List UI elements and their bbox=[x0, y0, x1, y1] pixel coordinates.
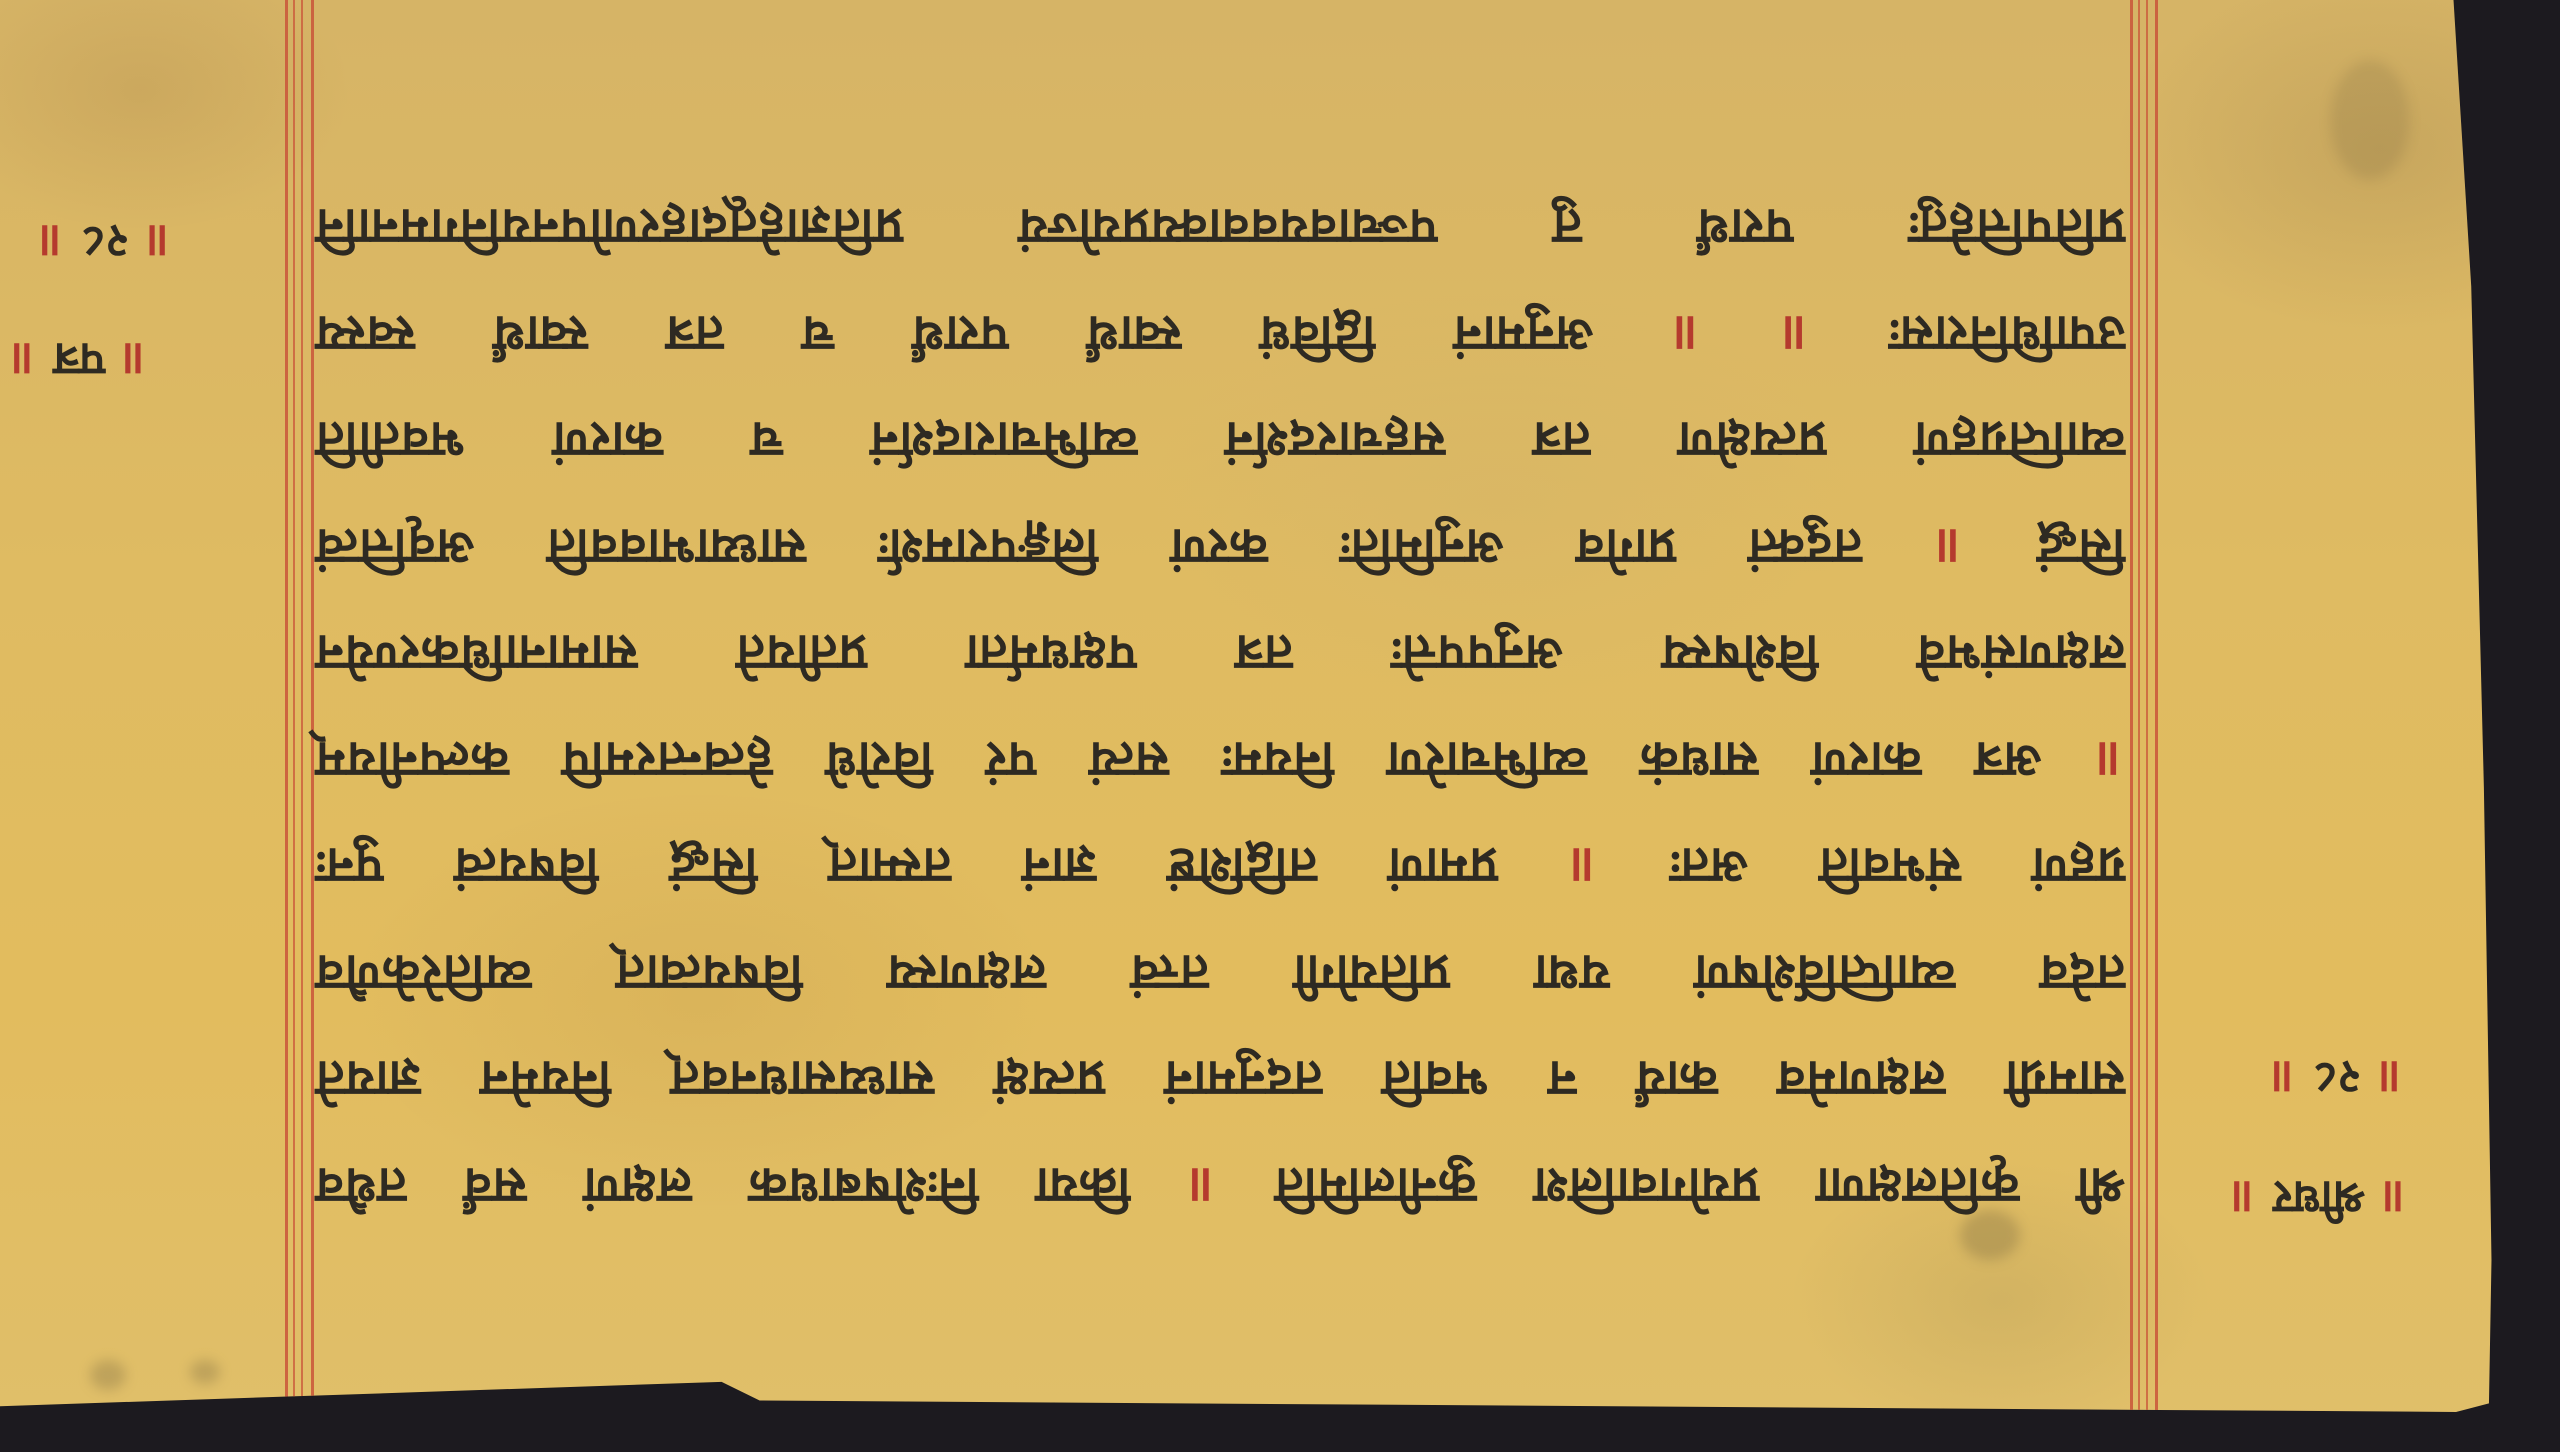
folio-number-text: ॥ २८ ॥ bbox=[38, 215, 173, 269]
text-line: ग्रहणं संभवति अतः ॥ प्रमाणं तद्विशिष्टं … bbox=[315, 834, 2125, 941]
text-line: लक्षणसंभवे विशेषस्य अनुपपत्तेः तत्र पक्ष… bbox=[315, 621, 2125, 728]
folio-label-text: ॥ श्रीधर ॥ bbox=[2230, 1171, 2409, 1225]
left-folio-label: ॥ पत्र ॥ bbox=[10, 330, 149, 392]
text-line-content: श्री कृतिलक्षणा प्रयोगवालिश कुनीलमिति ॥ … bbox=[315, 1154, 2125, 1222]
text-line: व्याप्तिग्रहणं प्रत्यक्षेण तत्र सहचारदर्… bbox=[315, 408, 2125, 515]
rubric-danda: ॥ bbox=[1671, 305, 1702, 363]
text-line: श्री कृतिलक्षणा प्रयोगवालिश कुनीलमिति ॥ … bbox=[315, 1154, 2125, 1261]
rubric-danda: ॥ bbox=[2230, 1171, 2258, 1225]
left-margin-rule bbox=[285, 0, 288, 1432]
text-line-content: ग्रहणं संभवति अतः ॥ प्रमाणं तद्विशिष्टं … bbox=[315, 834, 2125, 902]
text-line: ॥ अत्र कारणं साधकं व्यभिचारेण नियमः सत्य… bbox=[315, 728, 2125, 835]
left-margin-rule bbox=[311, 0, 314, 1432]
text-line-content: सिद्धं ॥ तदुक्तं प्रागेव अनुमितिः करणं ल… bbox=[315, 515, 2125, 583]
paper-stain bbox=[190, 1360, 220, 1384]
folio-label-text: ॥ पत्र ॥ bbox=[10, 333, 149, 387]
text-line: प्रतिपत्तिहेतुः परार्थं तु पञ्चावयववाक्य… bbox=[315, 195, 2125, 302]
text-line-content: सामग्री लक्षणमेव कार्यं न भवति तदनुमानं … bbox=[315, 1047, 2125, 1115]
text-line: उपाधिनिरासः ॥ ॥ अनुमानं द्विविधं स्वार्थ… bbox=[315, 302, 2125, 409]
text-line-content: लक्षणसंभवे विशेषस्य अनुपपत्तेः तत्र पक्ष… bbox=[315, 621, 2125, 689]
text-line: सामग्री लक्षणमेव कार्यं न भवति तदनुमानं … bbox=[315, 1047, 2125, 1154]
rubric-danda: ॥ bbox=[2377, 1051, 2405, 1105]
left-folio-number: ॥ २८ ॥ bbox=[38, 212, 173, 274]
rubric-danda: ॥ bbox=[1934, 518, 1965, 576]
right-folio-number: ॥ २८ ॥ bbox=[2270, 1048, 2405, 1110]
manuscript-leaf: ॥ २८ ॥ ॥ पत्र ॥ ॥ २८ ॥ ॥ श्रीधर ॥ प्रतिप… bbox=[0, 0, 2532, 1432]
text-line: तदेव व्याप्तिर्विशेषणं यथा प्रतियोगी तत्… bbox=[315, 941, 2125, 1048]
rubric-danda: ॥ bbox=[145, 215, 173, 269]
rubric-danda: ॥ bbox=[1187, 1157, 1218, 1215]
text-line-content: व्याप्तिग्रहणं प्रत्यक्षेण तत्र सहचारदर्… bbox=[315, 408, 2125, 476]
right-margin-rule bbox=[2155, 0, 2158, 1432]
right-margin-rule bbox=[2130, 0, 2133, 1432]
text-line-content: तदेव व्याप्तिर्विशेषणं यथा प्रतियोगी तत्… bbox=[315, 941, 2125, 1009]
rubric-danda: ॥ bbox=[38, 215, 66, 269]
rubric-danda: ॥ bbox=[121, 333, 149, 387]
right-margin-rule bbox=[2146, 0, 2148, 1432]
right-margin-rule bbox=[2138, 0, 2140, 1432]
text-line-content: ॥ अत्र कारणं साधकं व्यभिचारेण नियमः सत्य… bbox=[315, 728, 2125, 796]
left-margin-rule bbox=[293, 0, 295, 1432]
paper-stain bbox=[2330, 60, 2410, 180]
text-line: सिद्धं ॥ तदुक्तं प्रागेव अनुमितिः करणं ल… bbox=[315, 515, 2125, 622]
text-line-content: उपाधिनिरासः ॥ ॥ अनुमानं द्विविधं स्वार्थ… bbox=[315, 302, 2125, 370]
right-folio-label: ॥ श्रीधर ॥ bbox=[2230, 1168, 2409, 1230]
manuscript-text-block: प्रतिपत्तिहेतुः परार्थं तु पञ्चावयववाक्य… bbox=[315, 195, 2125, 1260]
left-margin-rule bbox=[301, 0, 303, 1432]
folio-number-text: ॥ २८ ॥ bbox=[2270, 1051, 2405, 1105]
rubric-danda: ॥ bbox=[2094, 731, 2125, 789]
text-line-content: प्रतिपत्तिहेतुः परार्थं तु पञ्चावयववाक्य… bbox=[315, 195, 2125, 263]
rubric-danda: ॥ bbox=[1780, 305, 1811, 363]
rubric-danda: ॥ bbox=[1568, 837, 1599, 895]
paper-stain bbox=[90, 1360, 126, 1390]
rubric-danda: ॥ bbox=[10, 333, 38, 387]
rubric-danda: ॥ bbox=[2270, 1051, 2298, 1105]
rubric-danda: ॥ bbox=[2381, 1171, 2409, 1225]
